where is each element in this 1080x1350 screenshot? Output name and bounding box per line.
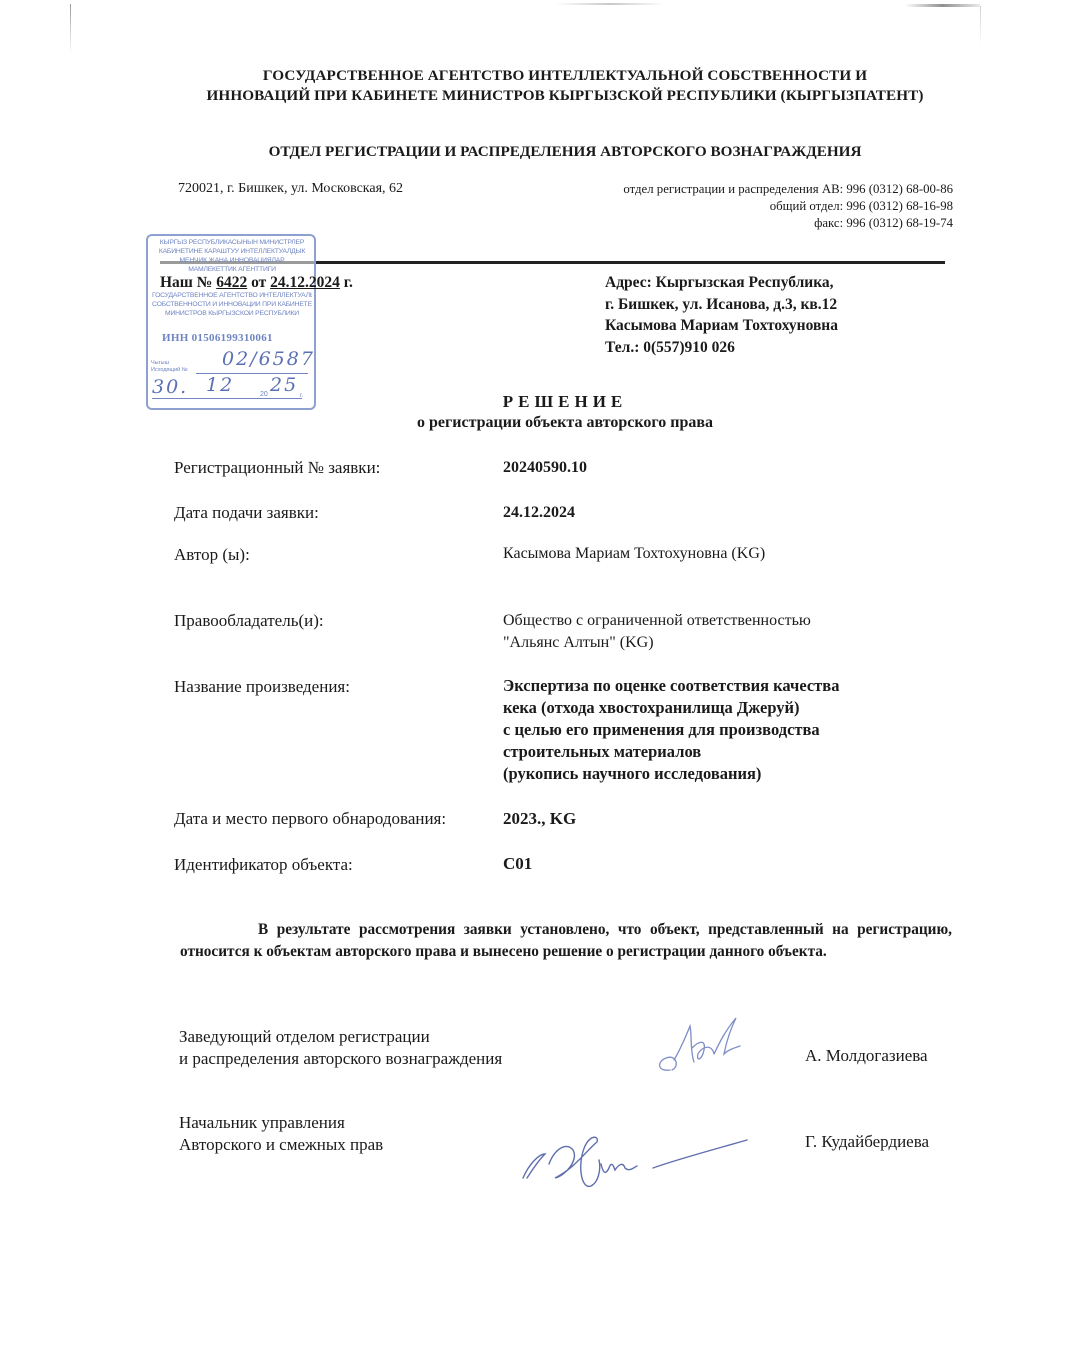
signatory-1-title-line-2: и распределения авторского вознаграждени… (179, 1048, 502, 1070)
field-value-rightholders: Общество с ограниченной ответственностью… (503, 610, 811, 654)
field-label-filing-date: Дата подачи заявки: (174, 503, 319, 523)
field-value-authors: Касымова Мариам Тохтохуновна (KG) (503, 543, 765, 565)
reference-number: 6422 (216, 274, 247, 291)
signature-1-icon (650, 1010, 745, 1080)
agency-name: ГОСУДАРСТВЕННОЕ АГЕНТСТВО ИНТЕЛЛЕКТУАЛЬН… (0, 66, 1080, 106)
signatory-1-title-line-1: Заведующий отделом регистрации (179, 1026, 502, 1048)
stamp-handwritten-number: 02/6587 (222, 348, 315, 370)
signatory-2-title: Начальник управления Авторского и смежны… (179, 1112, 383, 1156)
reference-suffix: г. (340, 274, 353, 291)
field-value-object-id: C01 (503, 853, 532, 875)
field-value-first-publication: 2023., KG (503, 808, 576, 830)
signatory-1-title: Заведующий отделом регистрации и распред… (179, 1026, 502, 1070)
decision-conclusion: В результате рассмотрения заявки установ… (180, 919, 952, 962)
stamp-label-incoming: Чыгыш (151, 360, 169, 366)
scan-edge-artifact (905, 4, 980, 7)
stamp-text-line: КЫРГЫЗ РЕСПУБЛИКАСЫНЫН МИНИСТРЛЕР (152, 239, 312, 247)
scan-edge-artifact (980, 6, 981, 46)
stamp-text-line: СОБСТВЕННОСТИ И ИННОВАЦИЙ ПРИ КАБИНЕТЕ (152, 301, 312, 309)
recipient-address-line-1: Адрес: Кыргызская Республика, (605, 272, 838, 294)
agency-contacts: отдел регистрации и распределения АВ: 99… (623, 181, 953, 232)
stamp-text-line: МАМЛЕКЕТТИК АГЕНТТИГИ (152, 266, 312, 274)
rightholder-line-1: Общество с ограниченной ответственностью (503, 610, 811, 632)
recipient-address-line-2: г. Бишкек, ул. Исанова, д.3, кв.12 (605, 294, 838, 316)
work-title-line-5: (рукопись научного исследования) (503, 763, 839, 785)
field-label-authors: Автор (ы): (174, 545, 250, 565)
reference-from: от (247, 274, 270, 291)
document-subtitle: о регистрации объекта авторского права (0, 414, 1080, 432)
department-name: ОТДЕЛ РЕГИСТРАЦИИ И РАСПРЕДЕЛЕНИЯ АВТОРС… (0, 142, 1080, 162)
field-label-reg-no: Регистрационный № заявки: (174, 458, 380, 478)
stamp-text-line: ГОСУДАРСТВЕННОЕ АГЕНТСТВО ИНТЕЛЛЕКТУАЛЬН… (152, 292, 312, 300)
contact-phone-registration: отдел регистрации и распределения АВ: 99… (623, 181, 953, 198)
contact-phone-general: общий отдел: 996 (0312) 68-16-98 (623, 198, 953, 215)
incoming-registration-stamp: КЫРГЫЗ РЕСПУБЛИКАСЫНЫН МИНИСТРЛЕР КАБИНЕ… (146, 234, 316, 410)
agency-address: 720021, г. Бишкек, ул. Московская, 62 (178, 181, 403, 197)
field-value-reg-no: 20240590.10 (503, 457, 587, 479)
work-title-line-4: строительных материалов (503, 741, 839, 763)
contact-fax: факс: 996 (0312) 68-19-74 (623, 215, 953, 232)
recipient-address-block: Адрес: Кыргызская Республика, г. Бишкек,… (605, 272, 838, 358)
field-label-rightholders: Правообладатель(и): (174, 611, 324, 631)
stamp-label-number: Исходящий № (151, 367, 188, 373)
reference-date: 24.12.2024 (270, 274, 340, 291)
stamp-text-line: МИНИСТРОВ КЫРГЫЗСКОЙ РЕСПУБЛИКИ (152, 310, 312, 318)
rightholder-line-2: "Альянс Алтын" (KG) (503, 632, 811, 654)
field-label-first-publication: Дата и место первого обнародования: (174, 809, 446, 829)
signatory-2-title-line-1: Начальник управления (179, 1112, 383, 1134)
agency-name-line-1: ГОСУДАРСТВЕННОЕ АГЕНТСТВО ИНТЕЛЛЕКТУАЛЬН… (0, 66, 1080, 86)
outgoing-reference: Наш № 6422 от 24.12.2024 г. (160, 274, 353, 292)
field-value-filing-date: 24.12.2024 (503, 502, 575, 524)
scan-edge-artifact (555, 3, 665, 5)
recipient-name: Касымова Мариам Тохтохуновна (605, 315, 838, 337)
conclusion-text: В результате рассмотрения заявки установ… (180, 919, 952, 962)
agency-name-line-2: ИННОВАЦИЙ ПРИ КАБИНЕТЕ МИНИСТРОВ КЫРГЫЗС… (0, 86, 1080, 106)
stamp-inn: ИНН 01506199310061 (162, 332, 273, 344)
field-label-work-title: Название произведения: (174, 677, 350, 697)
field-label-object-id: Идентификатор объекта: (174, 855, 353, 875)
reference-prefix: Наш № (160, 274, 216, 291)
recipient-phone: Тел.: 0(557)910 026 (605, 337, 838, 359)
signatory-2-name: Г. Кудайбердиева (805, 1132, 929, 1152)
stamp-text-line: МЕНЧИК ЖАНА ИННОВАЦИЯЛАР (152, 257, 312, 265)
work-title-line-3: с целью его применения для производства (503, 719, 839, 741)
stamp-text-line: КАБИНЕТИНЕ КАРАШТУУ ИНТЕЛЛЕКТУАЛДЫК (152, 248, 312, 256)
work-title-line-2: кека (отхода хвостохранилища Джеруй) (503, 697, 839, 719)
scan-edge-artifact (70, 4, 71, 54)
document-title: РЕШЕНИЕ (0, 392, 1080, 412)
signatory-1-name: А. Молдогазиева (805, 1046, 928, 1066)
work-title-line-1: Экспертиза по оценке соответствия качест… (503, 675, 839, 697)
signatory-2-title-line-2: Авторского и смежных прав (179, 1134, 383, 1156)
field-value-work-title: Экспертиза по оценке соответствия качест… (503, 675, 839, 785)
signature-2-icon (515, 1120, 755, 1200)
